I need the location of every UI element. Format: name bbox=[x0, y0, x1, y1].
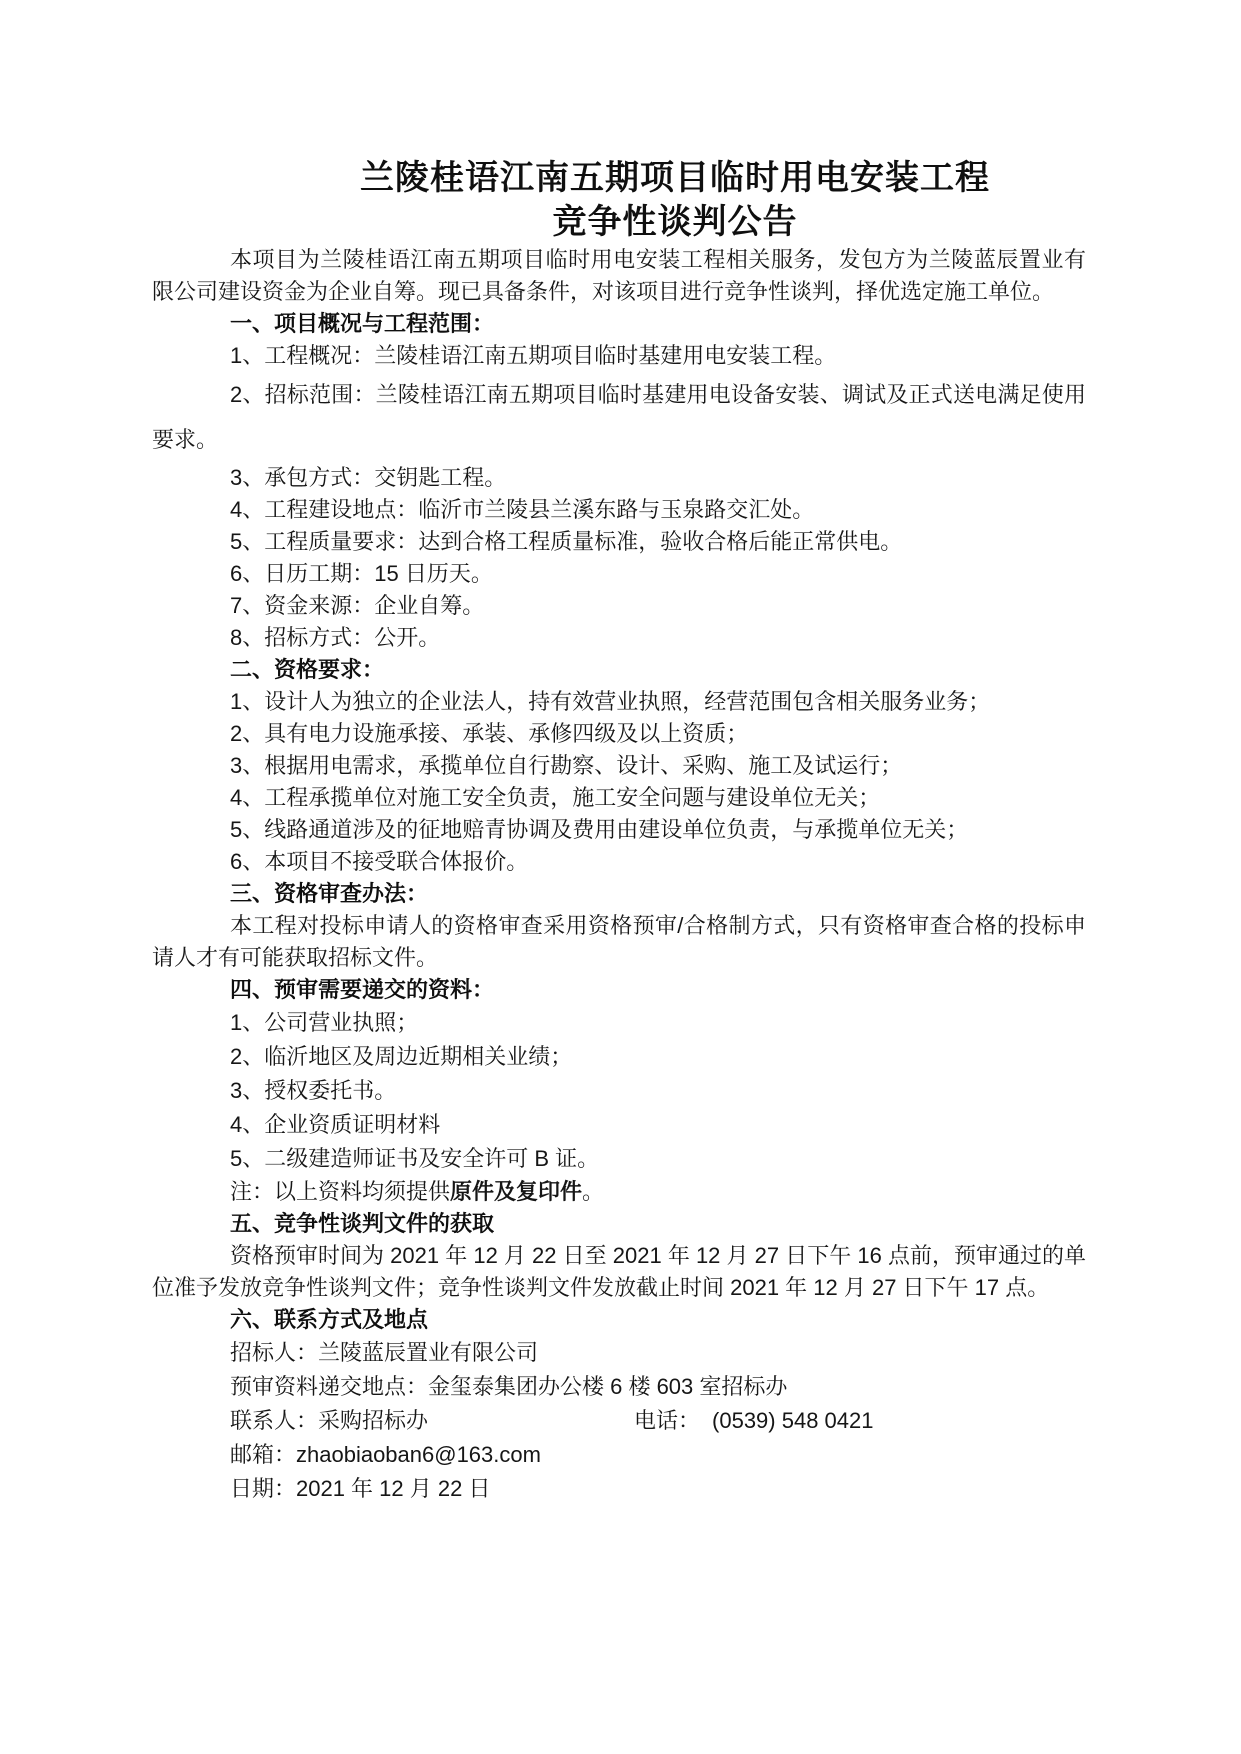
section-1-item-5: 5、工程质量要求：达到合格工程质量标准，验收合格后能正常供电。 bbox=[152, 526, 1086, 558]
section-6-heading: 六、联系方式及地点 bbox=[152, 1304, 1086, 1336]
note-bold-text: 原件及复印件 bbox=[450, 1179, 582, 1204]
email-line: 邮箱：zhaobiaoban6@163.com bbox=[152, 1438, 1086, 1472]
section-1-item-3: 3、承包方式：交钥匙工程。 bbox=[152, 462, 1086, 494]
section-4-item-2: 2、临沂地区及周边近期相关业绩； bbox=[152, 1040, 1086, 1074]
bidder-line: 招标人：兰陵蓝辰置业有限公司 bbox=[152, 1336, 1086, 1370]
section-3-heading: 三、资格审查办法： bbox=[152, 878, 1086, 910]
section-1-item-4: 4、工程建设地点：临沂市兰陵县兰溪东路与玉泉路交汇处。 bbox=[152, 494, 1086, 526]
date-line: 日期：2021 年 12 月 22 日 bbox=[152, 1472, 1086, 1506]
section-1-item-7: 7、资金来源：企业自筹。 bbox=[152, 590, 1086, 622]
section-1-item-6: 6、日历工期：15 日历天。 bbox=[152, 558, 1086, 590]
section-1-item-2: 2、招标范围：兰陵桂语江南五期项目临时基建用电设备安装、调试及正式送电满足使用要… bbox=[152, 372, 1086, 462]
section-3-paragraph: 本工程对投标申请人的资格审查采用资格预审/合格制方式，只有资格审查合格的投标申请… bbox=[152, 910, 1086, 974]
note-suffix: 。 bbox=[582, 1179, 604, 1204]
section-5-paragraph: 资格预审时间为 2021 年 12 月 22 日至 2021 年 12 月 27… bbox=[152, 1240, 1086, 1304]
section-2-item-2: 2、具有电力设施承接、承装、承修四级及以上资质； bbox=[152, 718, 1086, 750]
section-2-item-1: 1、设计人为独立的企业法人，持有效营业执照，经营范围包含相关服务业务； bbox=[152, 686, 1086, 718]
phone-number: (0539) 548 0421 bbox=[712, 1408, 873, 1433]
section-2-item-5: 5、线路通道涉及的征地赔青协调及费用由建设单位负责，与承揽单位无关； bbox=[152, 814, 1086, 846]
section-2-item-4: 4、工程承揽单位对施工安全负责，施工安全问题与建设单位无关； bbox=[152, 782, 1086, 814]
section-4-heading: 四、预审需要递交的资料： bbox=[152, 974, 1086, 1006]
document-title: 兰陵桂语江南五期项目临时用电安装工程 bbox=[152, 156, 1086, 200]
section-2-item-3: 3、根据用电需求，承揽单位自行勘察、设计、采购、施工及试运行； bbox=[152, 750, 1086, 782]
section-2-heading: 二、资格要求： bbox=[152, 654, 1086, 686]
document-subtitle: 竞争性谈判公告 bbox=[152, 200, 1086, 244]
section-4-note: 注：以上资料均须提供原件及复印件。 bbox=[152, 1176, 1086, 1208]
intro-paragraph: 本项目为兰陵桂语江南五期项目临时用电安装工程相关服务，发包方为兰陵蓝辰置业有限公… bbox=[152, 244, 1086, 308]
submit-location-line: 预审资料递交地点：金玺泰集团办公楼 6 楼 603 室招标办 bbox=[152, 1370, 1086, 1404]
note-prefix: 注：以上资料均须提供 bbox=[230, 1179, 450, 1204]
section-4-item-3: 3、授权委托书。 bbox=[152, 1074, 1086, 1108]
document-page: 兰陵桂语江南五期项目临时用电安装工程 竞争性谈判公告 本项目为兰陵桂语江南五期项… bbox=[0, 0, 1241, 1754]
section-4-item-4: 4、企业资质证明材料 bbox=[152, 1108, 1086, 1142]
section-4-item-1: 1、公司营业执照； bbox=[152, 1006, 1086, 1040]
section-1-item-8: 8、招标方式：公开。 bbox=[152, 622, 1086, 654]
contact-row: 联系人：采购招标办电话：(0539) 548 0421 bbox=[152, 1404, 1086, 1438]
section-4-item-5: 5、二级建造师证书及安全许可 B 证。 bbox=[152, 1142, 1086, 1176]
section-5-heading: 五、竞争性谈判文件的获取 bbox=[152, 1208, 1086, 1240]
section-1-item-1: 1、工程概况：兰陵桂语江南五期项目临时基建用电安装工程。 bbox=[152, 340, 1086, 372]
section-2-item-6: 6、本项目不接受联合体报价。 bbox=[152, 846, 1086, 878]
contact-person: 联系人：采购招标办 bbox=[230, 1404, 634, 1438]
phone-label: 电话： bbox=[634, 1408, 700, 1433]
section-1-heading: 一、项目概况与工程范围： bbox=[152, 308, 1086, 340]
